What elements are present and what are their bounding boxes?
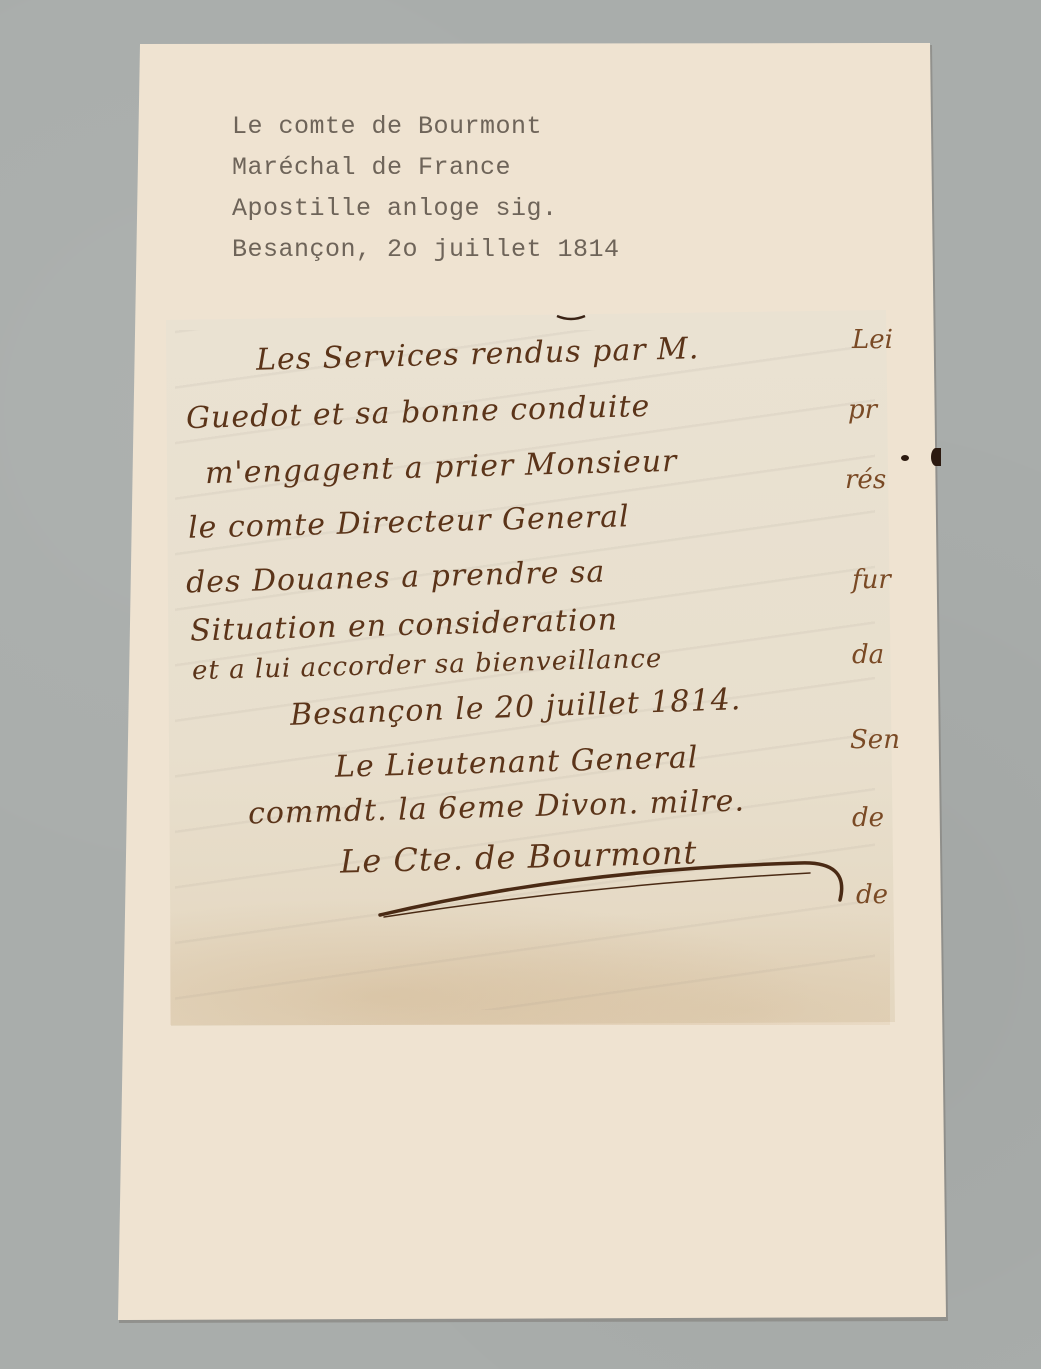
caption-title-line: Maréchal de France [232, 147, 620, 188]
caption-name-line: Le comte de Bourmont [232, 106, 620, 147]
signature-flourish [370, 845, 860, 925]
caption-description-line: Apostille anloge sig. [232, 188, 620, 229]
margin-fragment: de [852, 803, 884, 833]
ink-tick-mark [556, 314, 586, 322]
margin-fragment: pr [848, 395, 877, 425]
margin-fragment: da [852, 640, 884, 670]
margin-fragment: Lei [852, 325, 893, 355]
margin-fragment: de [856, 880, 888, 910]
margin-fragment: rés [845, 465, 886, 495]
typed-caption: Le comte de Bourmont Maréchal de France … [232, 106, 620, 270]
ink-dot [901, 455, 909, 461]
margin-fragment: fur [852, 565, 891, 595]
ink-dot [931, 448, 941, 466]
margin-fragment: Sen [850, 725, 900, 755]
caption-place-date-line: Besançon, 2o juillet 1814 [232, 229, 620, 270]
